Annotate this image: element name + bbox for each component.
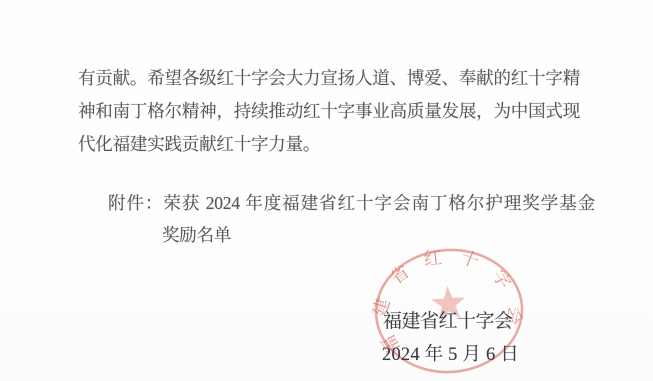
signature-organization: 福建省红十字会	[383, 306, 513, 333]
body-line-1: 有贡献。希望各级红十字会大力宣扬人道、博爱、奉献的红十字精	[78, 62, 580, 95]
body-paragraph: 有贡献。希望各级红十字会大力宣扬人道、博爱、奉献的红十字精 神和南丁格尔精神，持…	[78, 62, 580, 161]
body-line-3: 代化福建实践贡献红十字力量。	[78, 128, 580, 161]
body-line-2: 神和南丁格尔精神，持续推动红十字事业高质量发展，为中国式现	[78, 95, 580, 128]
attachment-line-1: 附件：荣获 2024 年度福建省红十字会南丁格尔护理奖学基金	[108, 187, 595, 219]
document-page: 有贡献。希望各级红十字会大力宣扬人道、博爱、奉献的红十字精 神和南丁格尔精神，持…	[0, 0, 653, 381]
signature-date: 2024 年 5 月 6 日	[382, 340, 519, 366]
